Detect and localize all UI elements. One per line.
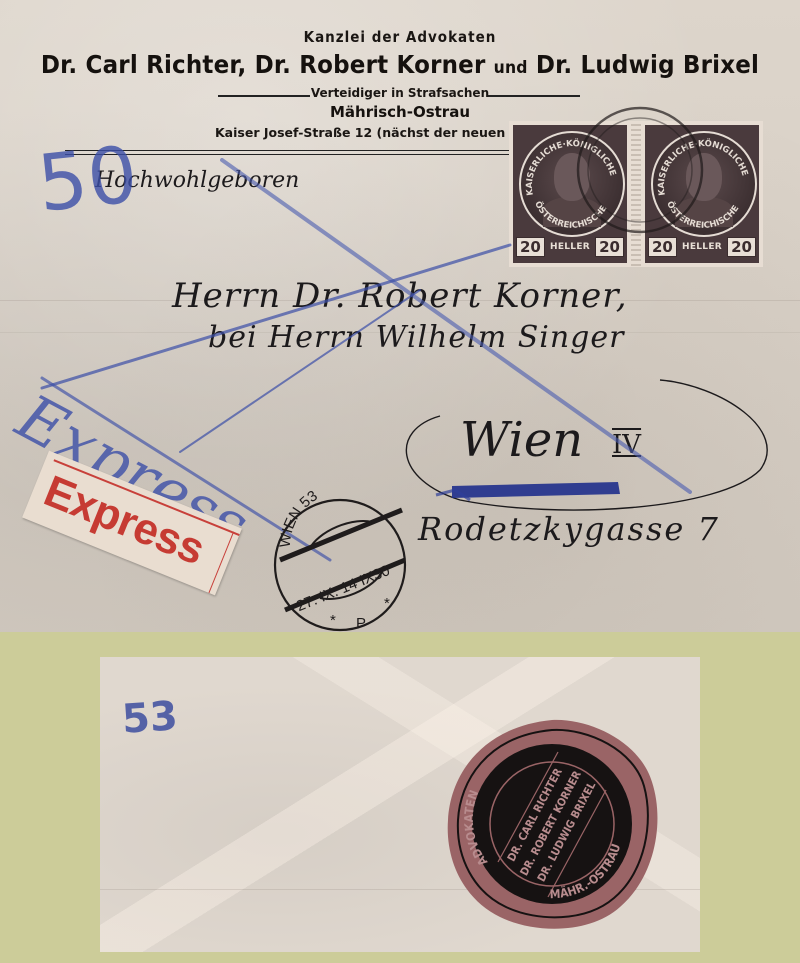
postmark-office: WIEN 53 <box>277 487 321 548</box>
postmark-date: 27. IX. 14 IX30 <box>294 562 392 615</box>
wax-seal: ADVOKATEN MÄHR.-OSTRAU DR. CARL RICHTER … <box>440 712 665 937</box>
svg-text:*: * <box>330 612 336 629</box>
envelope-front: Kanzlei der Advokaten Dr. Carl Richter, … <box>0 0 800 632</box>
postmark-letter: P <box>356 615 366 632</box>
svg-text:*: * <box>384 595 390 612</box>
postmark: WIEN 53 27. IX. 14 IX30 P * * <box>0 0 800 632</box>
svg-text:WIEN 53: WIEN 53 <box>277 487 321 548</box>
back-blue-pencil-number: 53 <box>120 693 179 743</box>
